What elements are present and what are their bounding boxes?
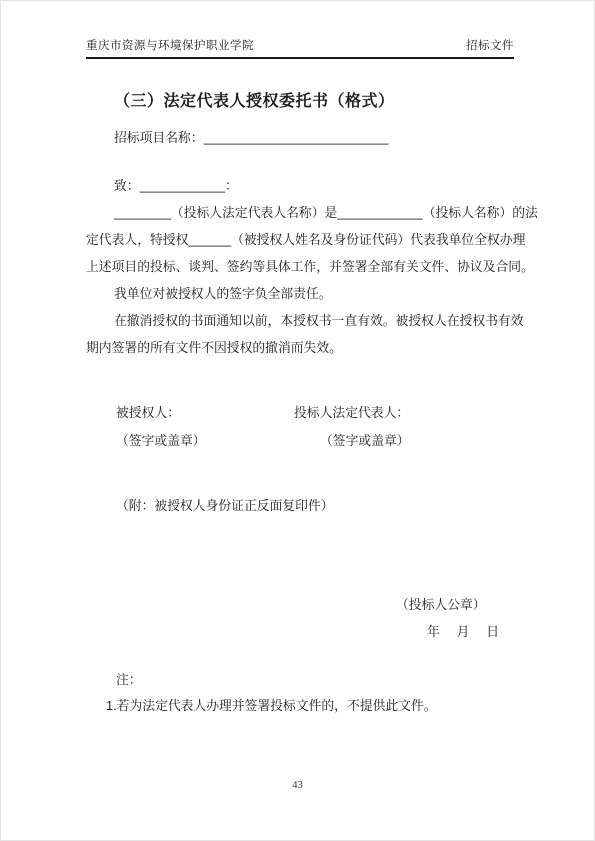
note-item: 1.若为法定代表人办理并签署投标文件的，不提供此文件。	[106, 695, 437, 714]
legal-rep-label: 投标人法定代表人：	[294, 399, 410, 427]
body-line: 上述项目的投标、谈判、签约等具体工作，并签署全部有关文件、协议及合同。	[86, 253, 526, 280]
attorney-label: 被授权人：	[116, 399, 206, 427]
attachment-note: （附：被授权人身份证正反面复印件）	[116, 495, 334, 514]
bidder-seal-hint: （投标人公章）	[396, 594, 486, 613]
header-organization: 重庆市资源与环境保护职业学院	[86, 37, 254, 53]
signature-legal-rep: 投标人法定代表人： （签字或盖章）	[294, 399, 410, 455]
body-line: ________（投标人法定代表人名称）是____________（投标人名称）…	[86, 199, 526, 226]
notes-label: 注：	[116, 669, 142, 688]
body-line: 在撤消授权的书面通知以前，本授权书一直有效。被授权人在授权书有效	[86, 307, 526, 334]
header-doc-type: 招标文件	[466, 37, 514, 53]
date-line: 年 月 日	[427, 621, 501, 640]
attorney-sign-hint: （签字或盖章）	[116, 427, 206, 455]
section-title: （三）法定代表人授权委托书（格式）	[114, 88, 395, 111]
page-number: 43	[1, 780, 594, 791]
body-line: 期内签署的所有文件不因授权的撤消而失效。	[86, 334, 526, 361]
body-line: 致：____________：	[86, 172, 526, 199]
project-name-line: 招标项目名称：__________________________	[114, 127, 389, 146]
body-line: 我单位对被授权人的签字负全部责任。	[86, 280, 526, 307]
document-page: 重庆市资源与环境保护职业学院 招标文件 （三）法定代表人授权委托书（格式） 招标…	[0, 0, 595, 841]
page-header: 重庆市资源与环境保护职业学院 招标文件	[86, 37, 514, 59]
signature-attorney: 被授权人： （签字或盖章）	[116, 399, 206, 455]
body-text: 致：____________： ________（投标人法定代表人名称）是___…	[86, 172, 526, 361]
body-line: 定代表人，特授权______（被授权人姓名及身份证代码）代表我单位全权办理	[86, 226, 526, 253]
legal-rep-sign-hint: （签字或盖章）	[294, 427, 410, 455]
